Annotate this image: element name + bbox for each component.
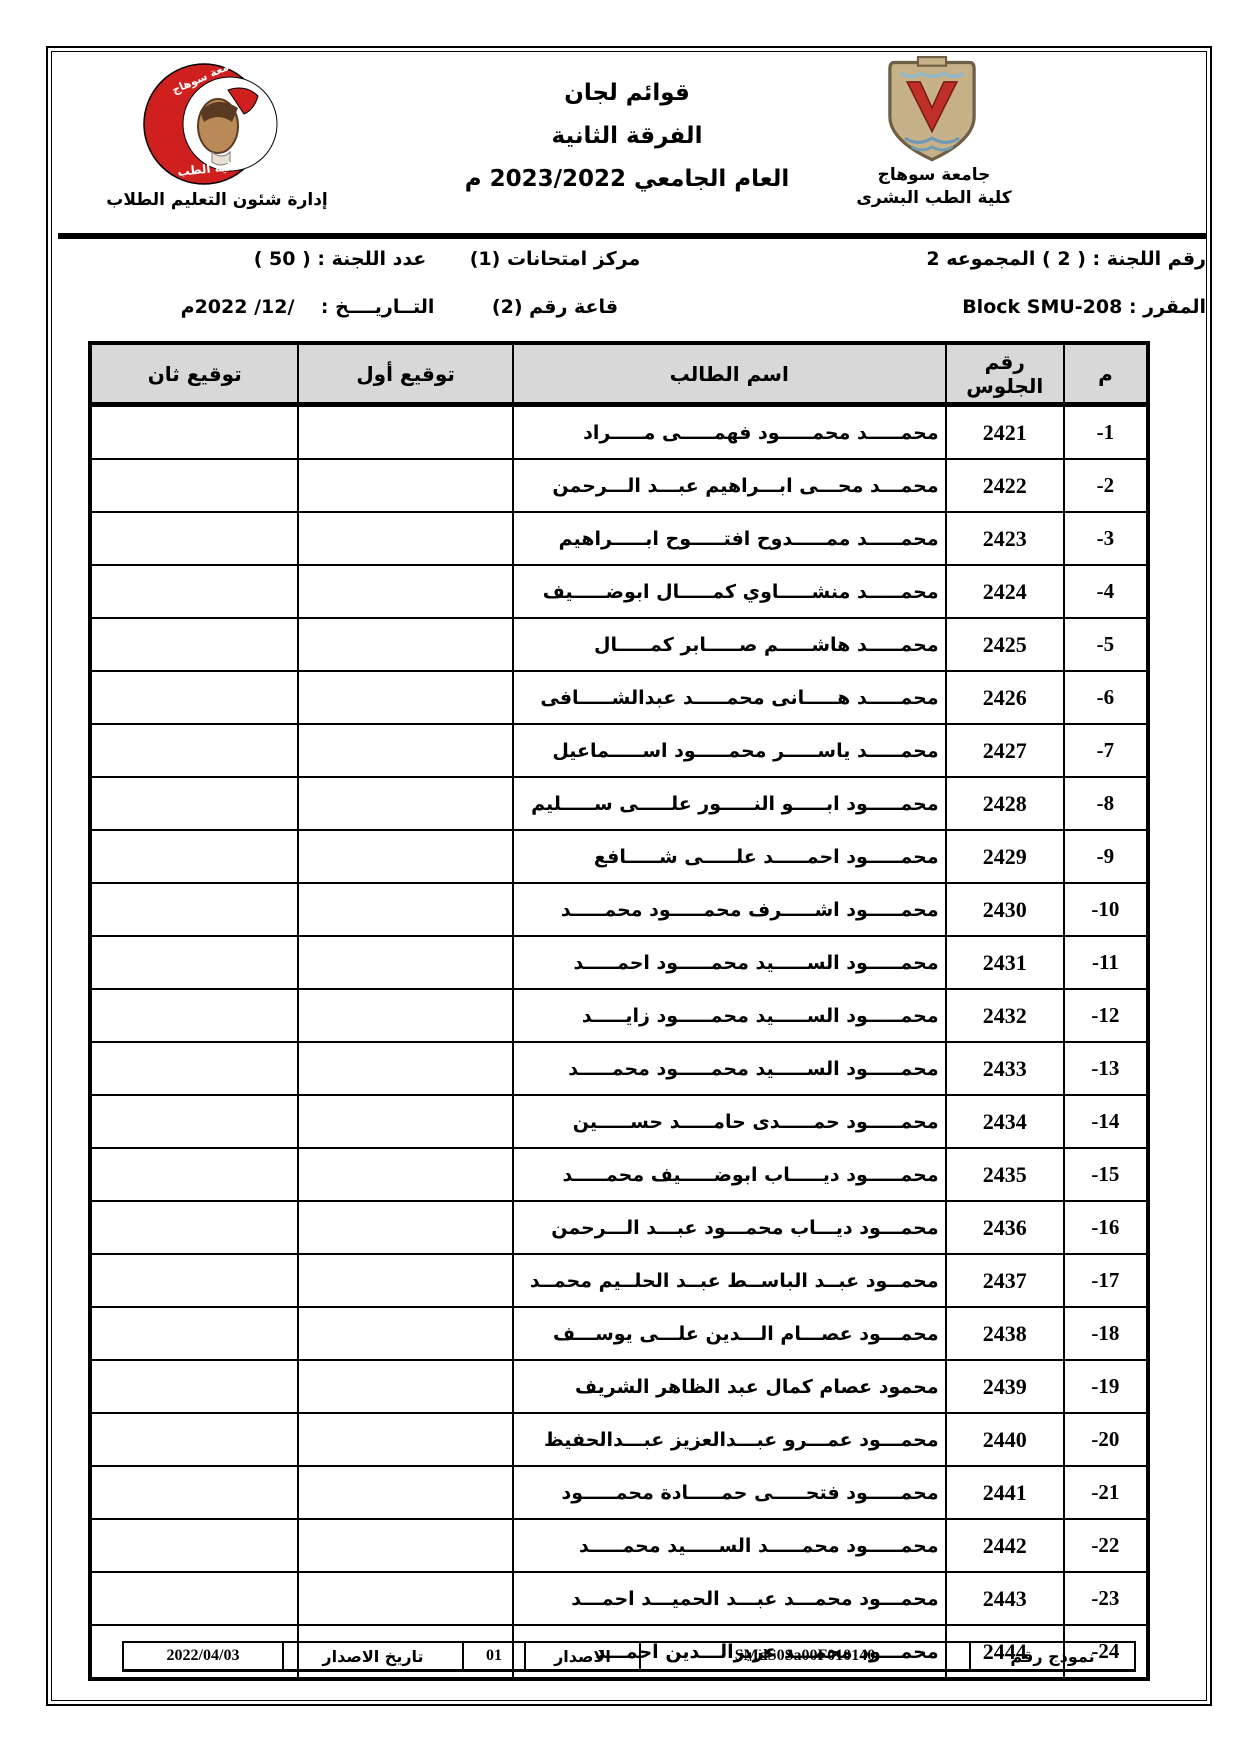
signature-2-cell (90, 989, 298, 1042)
table-row: -15 2435 محمـــــود ديـــــاب ابوضـــــي… (90, 1148, 1148, 1201)
row-index: -13 (1064, 1042, 1148, 1095)
issue-date-value: 2022/04/03 (123, 1642, 283, 1671)
signature-1-cell (298, 459, 512, 512)
issue-date-label: تاريخ الاصدار (283, 1642, 463, 1671)
exam-center: مركز امتحانات (1) (455, 248, 655, 270)
form-number-value: SMdS0Sa00F010140 (640, 1642, 970, 1671)
university-name: جامعة سوهاج (828, 164, 1040, 187)
seat-number: 2428 (946, 777, 1064, 830)
student-name: محمـــــود احمـــــد علـــــى شـــــافع (513, 830, 946, 883)
row-index: -16 (1064, 1201, 1148, 1254)
signature-1-cell (298, 883, 512, 936)
signature-2-cell (90, 883, 298, 936)
signature-2-cell (90, 1572, 298, 1625)
table-row: -5 2425 محمـــــد هاشـــــم صـــــابر كم… (90, 618, 1148, 671)
seat-number: 2424 (946, 565, 1064, 618)
signature-1-cell (298, 1413, 512, 1466)
student-name: محمـــود عمـــرو عبـــدالعزيز عبـــدالحف… (513, 1413, 946, 1466)
row-index: -15 (1064, 1148, 1148, 1201)
student-name: محمـــــد ممـــــدوح افتـــــوح ابـــــر… (513, 512, 946, 565)
student-name: محمـــــود ابـــــو النـــــور علـــــى … (513, 777, 946, 830)
signature-1-cell (298, 1201, 512, 1254)
seat-number: 2425 (946, 618, 1064, 671)
row-index: -18 (1064, 1307, 1148, 1360)
exam-date: التــاريــــخ : /12/ 2022م (160, 296, 455, 318)
row-index: -14 (1064, 1095, 1148, 1148)
student-name: محمـــــود اشـــــرف محمـــــود محمـــــ… (513, 883, 946, 936)
signature-1-cell (298, 989, 512, 1042)
hall-number: قاعة رقم (2) (455, 296, 655, 318)
row-index: -17 (1064, 1254, 1148, 1307)
table-row: -7 2427 محمـــــد ياســـــر محمـــــود ا… (90, 724, 1148, 777)
seat-number: 2429 (946, 830, 1064, 883)
seat-number: 2427 (946, 724, 1064, 777)
student-name: محمـــــود الســـــيد محمـــــود محمــــ… (513, 1042, 946, 1095)
table-row: -14 2434 محمـــــود حمـــــدى حامـــــد … (90, 1095, 1148, 1148)
title-line-3: العام الجامعي 2023/2022 م (427, 158, 827, 201)
signature-2-cell (90, 1360, 298, 1413)
signature-1-cell (298, 618, 512, 671)
title-line-2: الفرقة الثانية (427, 115, 827, 158)
row-index: -1 (1064, 405, 1148, 460)
row-index: -11 (1064, 936, 1148, 989)
seat-number: 2434 (946, 1095, 1064, 1148)
page-title: قوائم لجان الفرقة الثانية العام الجامعي … (427, 72, 827, 201)
table-row: -8 2428 محمـــــود ابـــــو النـــــور ع… (90, 777, 1148, 830)
table-row: -3 2423 محمـــــد ممـــــدوح افتـــــوح … (90, 512, 1148, 565)
table-row: -4 2424 محمـــــد منشـــــاوي كمـــــال … (90, 565, 1148, 618)
seat-number: 2423 (946, 512, 1064, 565)
signature-1-cell (298, 777, 512, 830)
student-name: محمـــود ديـــاب محمـــود عبـــد الـــرح… (513, 1201, 946, 1254)
signature-1-cell (298, 936, 512, 989)
student-name: محمـــــود محمـــــد الســـــيد محمـــــ… (513, 1519, 946, 1572)
signature-2-cell (90, 936, 298, 989)
signature-1-cell (298, 1095, 512, 1148)
seat-number: 2430 (946, 883, 1064, 936)
signature-1-cell (298, 1254, 512, 1307)
signature-1-cell (298, 671, 512, 724)
signature-1-cell (298, 512, 512, 565)
seat-number: 2432 (946, 989, 1064, 1042)
row-index: -2 (1064, 459, 1148, 512)
committee-count: عدد اللجنة : ( 50 ) (225, 248, 455, 270)
col-header-signature-1: توقيع أول (298, 343, 512, 405)
signature-2-cell (90, 1201, 298, 1254)
signature-2-cell (90, 459, 298, 512)
seat-number: 2435 (946, 1148, 1064, 1201)
table-row: -16 2436 محمـــود ديـــاب محمـــود عبـــ… (90, 1201, 1148, 1254)
row-index: -19 (1064, 1360, 1148, 1413)
row-index: -22 (1064, 1519, 1148, 1572)
signature-1-cell (298, 1148, 512, 1201)
signature-2-cell (90, 1148, 298, 1201)
student-name: محمـــــود الســـــيد محمـــــود احمــــ… (513, 936, 946, 989)
signature-2-cell (90, 618, 298, 671)
signature-1-cell (298, 724, 512, 777)
table-row: -20 2440 محمـــود عمـــرو عبـــدالعزيز ع… (90, 1413, 1148, 1466)
signature-2-cell (90, 1413, 298, 1466)
signature-2-cell (90, 1095, 298, 1148)
signature-2-cell (90, 512, 298, 565)
student-name: محمــود عبــد الباســط عبــد الحلــيم مح… (513, 1254, 946, 1307)
crescent-icon: جامعة سوهاج كلية الطب (100, 60, 332, 192)
student-name: محمـــــود حمـــــدى حامـــــد حســـــين (513, 1095, 946, 1148)
seat-number: 2443 (946, 1572, 1064, 1625)
row-index: -8 (1064, 777, 1148, 830)
table-row: -2 2422 محمـــد محـــى ابـــراهيم عبـــد… (90, 459, 1148, 512)
seat-number: 2422 (946, 459, 1064, 512)
row-index: -23 (1064, 1572, 1148, 1625)
col-header-seat: رقم الجلوس (946, 343, 1064, 405)
seat-number: 2436 (946, 1201, 1064, 1254)
seat-number: 2431 (946, 936, 1064, 989)
table-row: -11 2431 محمـــــود الســـــيد محمـــــو… (90, 936, 1148, 989)
student-name: محمـــــد هاشـــــم صـــــابر كمـــــال (513, 618, 946, 671)
signature-1-cell (298, 565, 512, 618)
student-name: محمـــود عصـــام الـــدين علـــى يوســـف (513, 1307, 946, 1360)
signature-1-cell (298, 1519, 512, 1572)
col-header-index: م (1064, 343, 1148, 405)
signature-2-cell (90, 671, 298, 724)
student-name: محمـــــد هـــــانى محمـــــد عبدالشــــ… (513, 671, 946, 724)
signature-2-cell (90, 830, 298, 883)
document-page: جامعة سوهاج كلية الطب إدارة شئون التعليم… (0, 0, 1241, 1755)
student-name: محمـــــد منشـــــاوي كمـــــال ابوضــــ… (513, 565, 946, 618)
form-number-label: نموذج رقم (970, 1642, 1135, 1671)
signature-2-cell (90, 565, 298, 618)
table-row: -19 2439 محمود عصام كمال عبد الظاهر الشر… (90, 1360, 1148, 1413)
table-row: -23 2443 محمـــود محمـــد عبـــد الحميــ… (90, 1572, 1148, 1625)
col-header-name: اسم الطالب (513, 343, 946, 405)
course-info-row: المقرر : Block SMU-208 قاعة رقم (2) التـ… (58, 296, 1206, 330)
seat-number: 2433 (946, 1042, 1064, 1095)
signature-2-cell (90, 1519, 298, 1572)
students-table: م رقم الجلوس اسم الطالب توقيع أول توقيع … (88, 341, 1150, 1681)
header-divider-rule (58, 233, 1206, 239)
signature-1-cell (298, 1360, 512, 1413)
student-name: محمـــــود فتحـــــى حمـــــادة محمـــــ… (513, 1466, 946, 1519)
row-index: -9 (1064, 830, 1148, 883)
student-name: محمـــــود الســـــيد محمـــــود زايــــ… (513, 989, 946, 1042)
student-name: محمـــد محـــى ابـــراهيم عبـــد الـــرح… (513, 459, 946, 512)
seat-number: 2442 (946, 1519, 1064, 1572)
seat-number: 2437 (946, 1254, 1064, 1307)
row-index: -12 (1064, 989, 1148, 1042)
signature-2-cell (90, 1307, 298, 1360)
signature-2-cell (90, 1466, 298, 1519)
table-row: -6 2426 محمـــــد هـــــانى محمـــــد عب… (90, 671, 1148, 724)
signature-2-cell (90, 405, 298, 460)
table-row: -1 2421 محمـــــد محمـــــود فهمـــــى م… (90, 405, 1148, 460)
signature-1-cell (298, 830, 512, 883)
row-index: -10 (1064, 883, 1148, 936)
table-row: -21 2441 محمـــــود فتحـــــى حمـــــادة… (90, 1466, 1148, 1519)
faculty-crescent-logo: جامعة سوهاج كلية الطب (100, 60, 332, 192)
seat-number: 2421 (946, 405, 1064, 460)
signature-2-cell (90, 777, 298, 830)
table-header-row: م رقم الجلوس اسم الطالب توقيع أول توقيع … (90, 343, 1148, 405)
seat-number: 2426 (946, 671, 1064, 724)
seat-number: 2438 (946, 1307, 1064, 1360)
student-name: محمـــود محمـــد عبـــد الحميـــد احمـــ… (513, 1572, 946, 1625)
committee-number: رقم اللجنة : ( 2 ) المجموعه 2 (926, 248, 1206, 270)
row-index: -5 (1064, 618, 1148, 671)
table-row: -18 2438 محمـــود عصـــام الـــدين علـــ… (90, 1307, 1148, 1360)
seat-number: 2439 (946, 1360, 1064, 1413)
row-index: -3 (1064, 512, 1148, 565)
table-row: -12 2432 محمـــــود الســـــيد محمـــــو… (90, 989, 1148, 1042)
signature-2-cell (90, 1042, 298, 1095)
table-row: -22 2442 محمـــــود محمـــــد الســـــيد… (90, 1519, 1148, 1572)
signature-1-cell (298, 1042, 512, 1095)
title-line-1: قوائم لجان (427, 72, 827, 115)
seat-number: 2440 (946, 1413, 1064, 1466)
university-shield-emblem (870, 56, 994, 164)
row-index: -4 (1064, 565, 1148, 618)
table-row: -17 2437 محمــود عبــد الباســط عبــد ال… (90, 1254, 1148, 1307)
left-logo-caption: إدارة شئون التعليم الطلاب (72, 190, 362, 210)
signature-1-cell (298, 1307, 512, 1360)
course-name: المقرر : Block SMU-208 (962, 296, 1206, 318)
col-header-signature-2: توقيع ثان (90, 343, 298, 405)
faculty-name: كلية الطب البشرى (828, 187, 1040, 210)
student-name: محمـــــد محمـــــود فهمـــــى مـــــراد (513, 405, 946, 460)
form-footer-strip: نموذج رقم SMdS0Sa00F010140 الاصدار 01 تا… (122, 1641, 1136, 1672)
right-logo-text: جامعة سوهاج كلية الطب البشرى (828, 164, 1040, 210)
signature-2-cell (90, 1254, 298, 1307)
table-row: -13 2433 محمـــــود الســـــيد محمـــــو… (90, 1042, 1148, 1095)
student-rows: -1 2421 محمـــــد محمـــــود فهمـــــى م… (90, 405, 1148, 1680)
table-row: -9 2429 محمـــــود احمـــــد علـــــى شـ… (90, 830, 1148, 883)
seat-number: 2441 (946, 1466, 1064, 1519)
row-index: -6 (1064, 671, 1148, 724)
row-index: -7 (1064, 724, 1148, 777)
issue-value: 01 (463, 1642, 525, 1671)
student-name: محمود عصام كمال عبد الظاهر الشريف (513, 1360, 946, 1413)
shield-icon (870, 56, 994, 164)
row-index: -20 (1064, 1413, 1148, 1466)
signature-1-cell (298, 405, 512, 460)
signature-2-cell (90, 724, 298, 777)
row-index: -21 (1064, 1466, 1148, 1519)
issue-label: الاصدار (525, 1642, 640, 1671)
student-name: محمـــــد ياســـــر محمـــــود اســـــما… (513, 724, 946, 777)
committee-info-row: رقم اللجنة : ( 2 ) المجموعه 2 مركز امتحا… (58, 248, 1206, 282)
table-row: -10 2430 محمـــــود اشـــــرف محمـــــود… (90, 883, 1148, 936)
student-name: محمـــــود ديـــــاب ابوضـــــيف محمــــ… (513, 1148, 946, 1201)
signature-1-cell (298, 1466, 512, 1519)
signature-1-cell (298, 1572, 512, 1625)
